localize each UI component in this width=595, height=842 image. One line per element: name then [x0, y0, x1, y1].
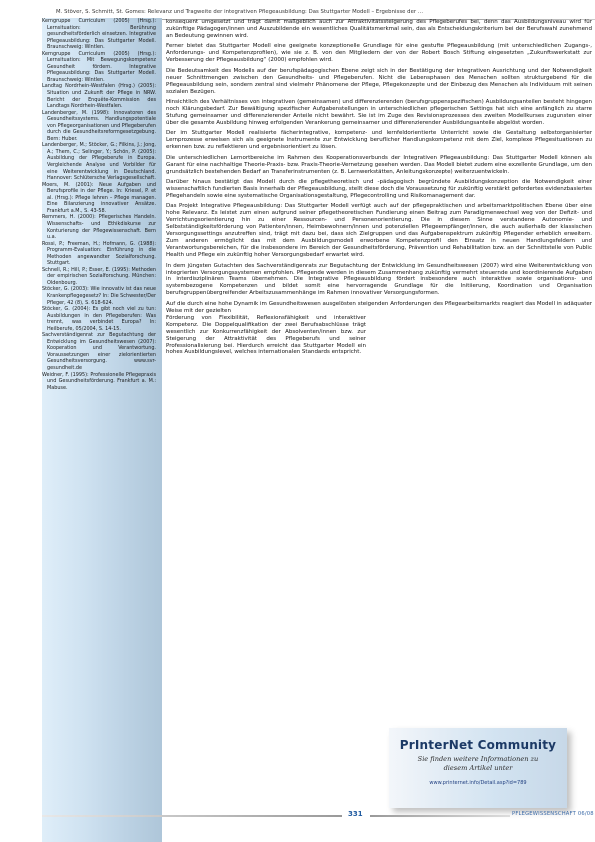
running-title: M. Stöver, S. Schmitt, St. Gomes: Releva…: [56, 9, 423, 15]
body-paragraph: Ferner bietet das Stuttgarter Modell ein…: [166, 43, 592, 64]
body-paragraph: Die unterschiedlichen Lernortbereiche im…: [166, 155, 592, 176]
promo-url-link[interactable]: www.printernet.info/Detail.asp?id=789: [389, 780, 567, 786]
printernet-promo-box: PrInterNet Community Sie finden weitere …: [389, 728, 567, 808]
body-paragraph: Das Projekt Integrative Pflegeausbildung…: [166, 203, 592, 259]
promo-subtitle-line: Sie finden weitere Informationen zu: [389, 755, 567, 764]
body-paragraph: Hinsichtlich des Verhältnisses von integ…: [166, 99, 592, 127]
body-paragraph: Darüber hinaus bestätigt das Modell durc…: [166, 179, 592, 200]
reference-item: Kerngruppe Curriculum (2005) (Hrsg.): Le…: [42, 51, 156, 84]
reference-item: Moers, M. (2001): Neue Aufgaben und Beru…: [42, 182, 156, 215]
body-paragraph-wrapped: Förderung von Flexibilität, Reflexionsfä…: [166, 315, 366, 357]
article-body: konsequent umgesetzt und trägt damit maß…: [166, 19, 592, 356]
references-sidebar: Kerngruppe Curriculum (2005) (Hrsg.): Le…: [42, 18, 162, 842]
reference-item: Weidner, F. (1995): Professionelle Pfleg…: [42, 372, 156, 392]
body-paragraph: konsequent umgesetzt und trägt damit maß…: [166, 19, 592, 40]
promo-subtitle: Sie finden weitere Informationen zu dies…: [389, 755, 567, 772]
body-paragraph: In dem jüngsten Gutachten des Sachverstä…: [166, 263, 592, 298]
promo-subtitle-line: diesem Artikel unter: [389, 764, 567, 773]
reference-item: Sachverständigenrat zur Begutachtung der…: [42, 332, 156, 371]
reference-item: Landtag Nordrhein-Westfalen (Hrsg.) (200…: [42, 83, 156, 109]
reference-item: Stöcker, G. (2003): Wie innovativ ist da…: [42, 286, 156, 306]
running-header: M. Stöver, S. Schmitt, St. Gomes: Releva…: [42, 5, 595, 19]
reference-item: Landenberger, M.; Stöcker, G.; Filkins, …: [42, 142, 156, 181]
reference-list: Kerngruppe Curriculum (2005) (Hrsg.): Le…: [42, 18, 156, 391]
reference-item: Kerngruppe Curriculum (2005) (Hrsg.): Le…: [42, 18, 156, 51]
journal-name: PFLEGEWISSENSCHAFT 06/08: [512, 811, 594, 817]
reference-item: Remmers, H. (2000): Pflegerisches Handel…: [42, 214, 156, 240]
body-paragraph: Auf die durch eine hohe Dynamik im Gesun…: [166, 301, 592, 315]
reference-item: Stöcker, G. (2004): Es gibt noch viel zu…: [42, 306, 156, 332]
body-paragraph: Der im Stuttgarter Modell realisierte fä…: [166, 130, 592, 151]
footer-divider: [370, 815, 510, 817]
reference-item: Rossi, P.; Freeman, H.; Hofmann, G. (198…: [42, 241, 156, 267]
page-number: 331: [348, 810, 363, 818]
body-paragraph: Die Bedeutsamkeit des Modells auf der be…: [166, 68, 592, 96]
page-footer: 331 PFLEGEWISSENSCHAFT 06/08: [42, 810, 595, 824]
reference-item: Landenberger, M. (1998): Innovatoren des…: [42, 110, 156, 143]
promo-title: PrInterNet Community: [389, 738, 567, 752]
footer-divider: [42, 815, 342, 817]
reference-item: Schnell, R.; Hill, P.; Esser, E. (1995):…: [42, 267, 156, 287]
